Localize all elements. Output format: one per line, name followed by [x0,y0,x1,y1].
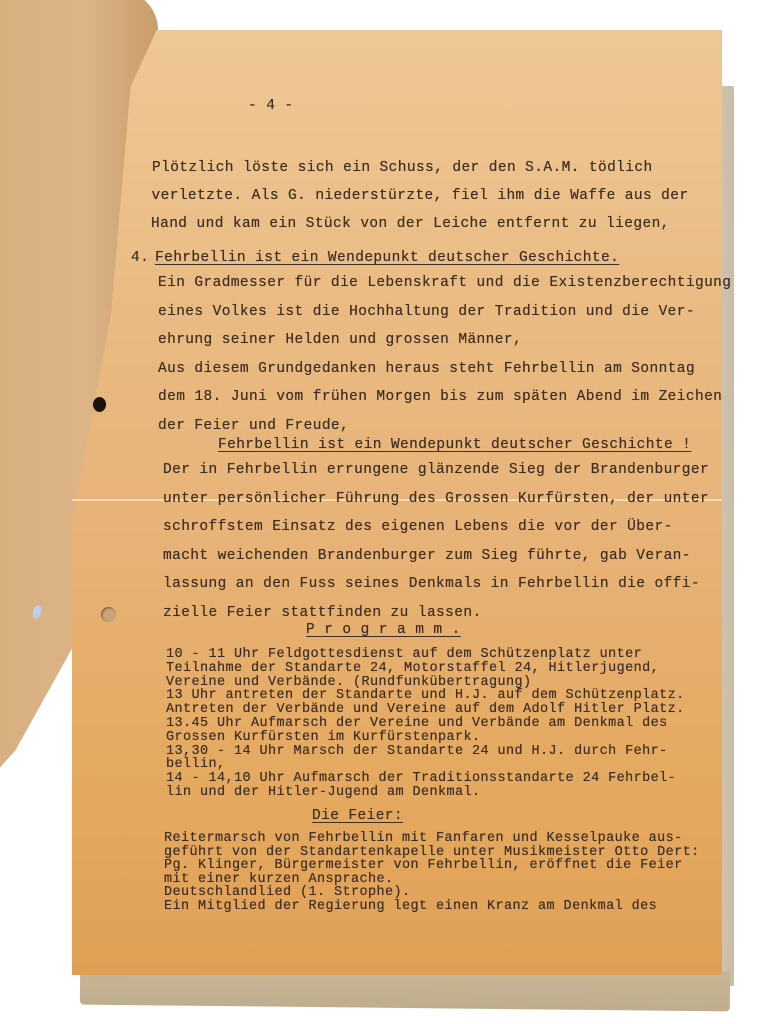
text-line: schroffstem Einsatz des eigenen Lebens d… [163,519,673,535]
text-line: Aus diesem Grundgedanken heraus steht Fe… [158,361,695,377]
text-line: Hand und kam ein Stück von der Leiche en… [151,216,670,232]
feier-line: Reitermarsch von Fehrbellin mit Fanfaren… [164,832,683,846]
programm-line: 13,30 - 14 Uhr Marsch der Standarte 24 u… [166,745,668,759]
subheading: Fehrbellin ist ein Wendepunkt deutscher … [218,437,691,453]
text-line: Plötzlich löste sich ein Schuss, der den… [152,160,653,176]
text-line: Der in Fehrbellin errungene glänzende Si… [163,462,709,478]
text-line: lassung an den Fuss seines Denkmals in F… [163,576,700,592]
programm-line: 13 Uhr antreten der Standarte und H.J. a… [166,689,685,703]
text-line: zielle Feier stattfinden zu lassen. [163,605,482,621]
programm-line: lin und der Hitler-Jugend am Denkmal. [166,786,481,800]
programm-line: Antreten der Verbände und Vereine auf de… [166,703,685,717]
programm-line: Vereine und Verbände. (Rundfunkübertragu… [166,676,532,690]
feier-line: Ein Mitglied der Regierung legt einen Kr… [164,900,657,914]
programm-line: 10 - 11 Uhr Feldgottesdienst auf dem Sch… [166,648,642,662]
feier-line: mit einer kurzen Ansprache. [164,873,394,887]
feier-line: Deutschlandlied (1. Strophe). [164,886,411,900]
punch-hole-top [93,397,106,412]
punch-hole-bottom [101,607,116,622]
programm-heading: P r o g r a m m . [306,622,461,638]
programm-line: 13.45 Uhr Aufmarsch der Vereine und Verb… [166,717,668,731]
page-number: - 4 - [248,98,294,114]
text-line: Ein Gradmesser für die Lebenskraft und d… [158,275,731,291]
text-line: verletzte. Als G. niederstürzte, fiel ih… [152,188,689,204]
programm-line: Teilnahme der Standarte 24, Motorstaffel… [166,662,659,676]
text-line: dem 18. Juni vom frühen Morgen bis zum s… [158,389,722,405]
feier-heading: Die Feier: [312,808,403,824]
text-line: unter persönlicher Führung des Grossen K… [163,491,709,507]
text-line: der Feier und Freude, [158,418,349,434]
programm-line: Grossen Kurfürsten im Kurfürstenpark. [166,731,481,745]
text-line: ehrung seiner Helden und grossen Männer, [158,332,522,348]
section-heading: Fehrbellin ist ein Wendepunkt deutscher … [155,250,619,266]
feier-line: geführt von der Standartenkapelle unter … [164,846,700,860]
section-number: 4. [131,250,149,266]
text-line: eines Volkes ist die Hochhaltung der Tra… [158,304,695,320]
programm-line: 14 - 14,10 Uhr Aufmarsch der Traditionss… [166,772,676,786]
programm-line: bellin, [166,758,226,772]
text-line: macht weichenden Brandenburger zum Sieg … [163,548,691,564]
feier-line: Pg. Klinger, Bürgermeister von Fehrbelli… [164,859,683,873]
